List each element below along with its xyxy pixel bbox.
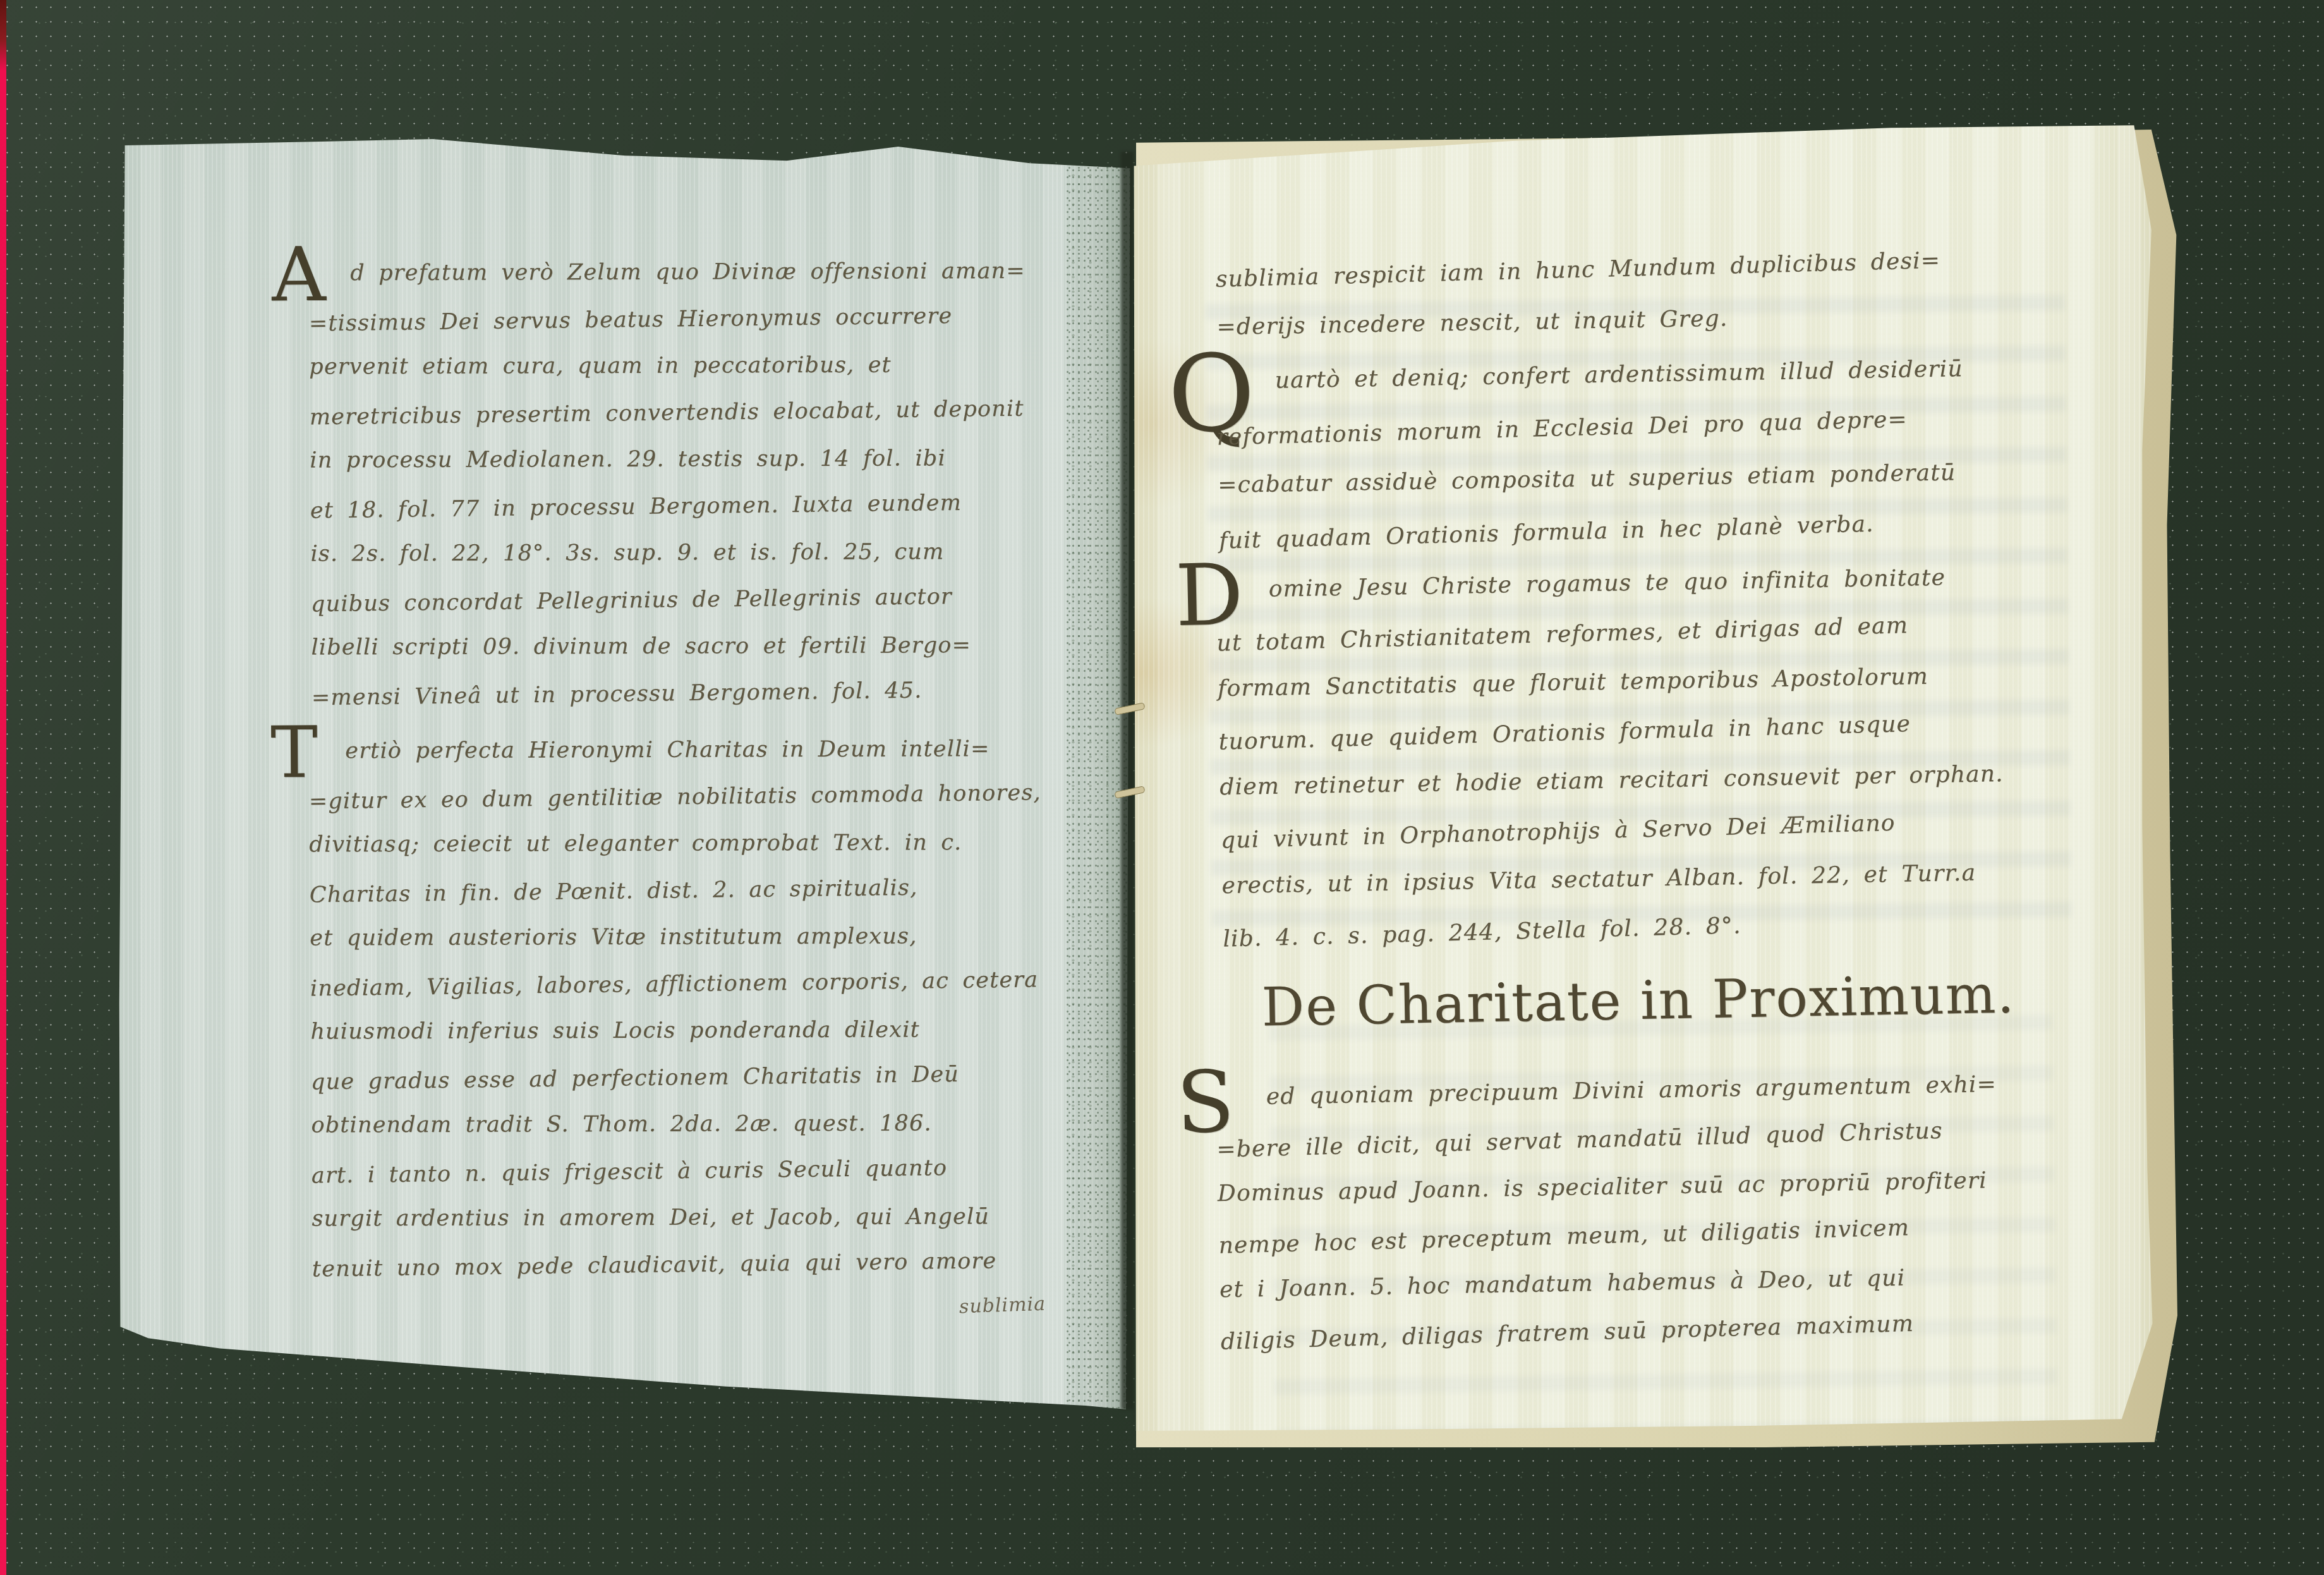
manuscript-line: surgit ardentius in amorem Dei, et Jacob… <box>312 1193 1133 1242</box>
manuscript-line: libelli scripti 09. divinum de sacro et … <box>311 621 1132 671</box>
manuscript-line: in processu Mediolanen. 29. testis sup. … <box>310 434 1131 483</box>
spine-gutter <box>1121 152 1134 1409</box>
right-page: sublimia respicit iam in hunc Mundum dup… <box>1133 123 2157 1432</box>
paragraph: D omine Jesu Christe rogamus te quo infi… <box>1215 549 2127 962</box>
paragraph: Q uartò et deniq; confert ardentissimum … <box>1215 339 2123 565</box>
manuscript-line: ertiò perfecta Hieronymi Charitas in Deu… <box>308 725 1130 774</box>
background-felt: A d prefatum verò Zelum quo Divinæ offen… <box>0 0 2324 1575</box>
manuscript-line: divitiasq; ceiecit ut eleganter comproba… <box>309 818 1130 868</box>
manuscript-line: art. i tanto n. quis frigescit à curis S… <box>311 1143 1133 1200</box>
manuscript-line: tenuit uno mox pede claudicavit, quia qu… <box>312 1236 1134 1293</box>
chapter-heading: De Charitate in Proximum. <box>1214 962 2062 1038</box>
left-page: A d prefatum verò Zelum quo Divinæ offen… <box>119 139 1131 1411</box>
manuscript-line: =gitur ex eo dum gentilitiæ nobilitatis … <box>308 769 1130 825</box>
manuscript-line: et quidem austerioris Vitæ institutum am… <box>310 912 1131 961</box>
manuscript-line: =tissimus Dei servus beatus Hieronymus o… <box>308 291 1130 348</box>
manuscript-line: =mensi Vineâ ut in processu Bergomen. fo… <box>311 665 1133 722</box>
paragraph: S ed quoniam precipuum Divini amoris arg… <box>1215 1057 2124 1364</box>
catchword: sublimia <box>959 1293 1046 1318</box>
manuscript-line: d prefatum verò Zelum quo Divinæ offensi… <box>308 247 1130 296</box>
manuscript-line: obtinendam tradit S. Thom. 2da. 2æ. ques… <box>311 1099 1132 1148</box>
paragraph: sublimia respicit iam in hunc Mundum dup… <box>1215 233 2121 355</box>
paragraph: A d prefatum verò Zelum quo Divinæ offen… <box>308 246 1133 719</box>
paragraph: T ertiò perfecta Hieronymi Charitas in D… <box>308 724 1134 1291</box>
manuscript-line: pervenit etiam cura, quam in peccatoribu… <box>309 341 1130 390</box>
film-edge-strip <box>0 0 6 1575</box>
manuscript-line: is. 2s. fol. 22, 18°. 3s. sup. 9. et is.… <box>310 528 1132 577</box>
manuscript-line: huiusmodi inferius suis Locis ponderanda… <box>310 1006 1132 1055</box>
manuscript-line: meretricibus presertim convertendis eloc… <box>309 384 1131 441</box>
manuscript-line: quibus concordat Pellegrinius de Pellegr… <box>310 571 1132 628</box>
manuscript-line: Charitas in fin. de Pœnit. dist. 2. ac s… <box>309 862 1131 919</box>
manuscript-line: que gradus esse ad perfectionem Charitat… <box>310 1049 1132 1106</box>
manuscript-line: inediam, Vigilias, labores, afflictionem… <box>310 956 1132 1013</box>
manuscript-line: et 18. fol. 77 in processu Bergomen. Iux… <box>310 478 1132 535</box>
